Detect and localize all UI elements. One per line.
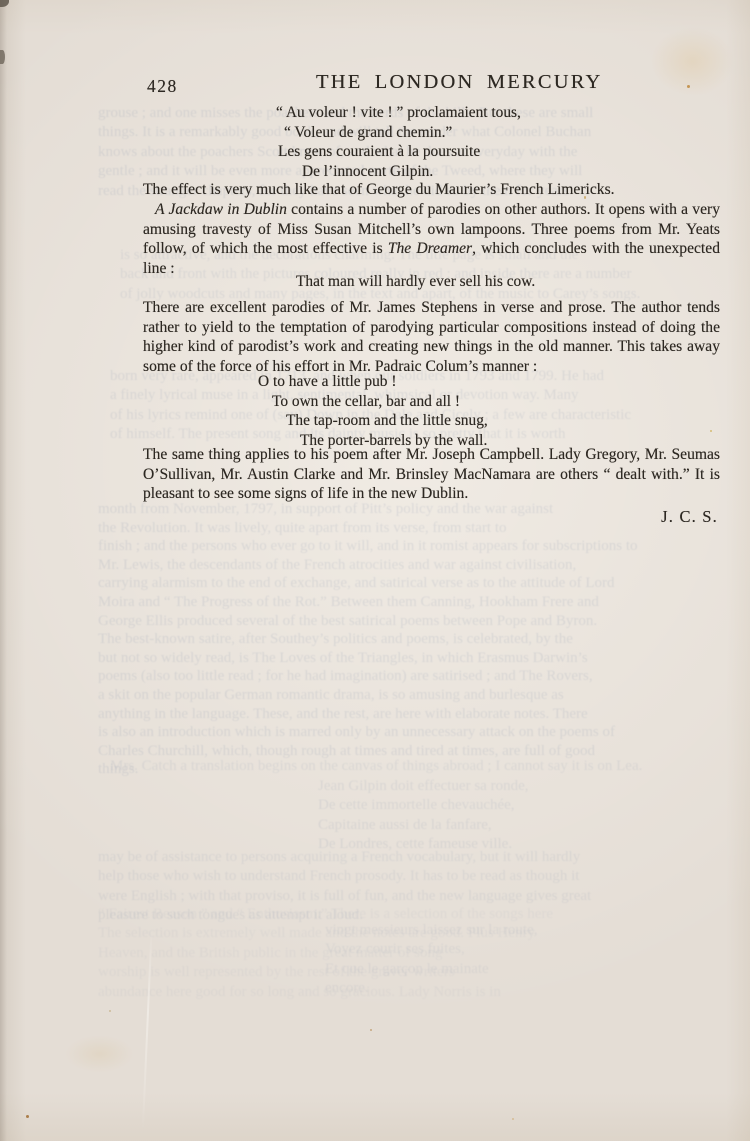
verse-line: The tap-room and the little snug, (286, 411, 488, 431)
scanned-page: grouse ; and one misses the poachers and… (0, 0, 750, 1141)
pub-verse: O to have a little pub ! To own the cell… (258, 372, 488, 450)
show-through-line: but not so widely read, is The Loves of … (98, 649, 722, 668)
show-through-line: may be of assistance to persons acquirin… (98, 848, 722, 867)
show-through-line: Moira and “ The Progress of the Rot.” Be… (98, 593, 722, 612)
show-through-line: Mr. Lewis, the descendants of the French… (98, 556, 722, 575)
show-through-line: carrying alarmism to the end of exchange… (98, 574, 722, 593)
show-through-line: a skit on the popular German romantic dr… (98, 686, 722, 705)
verse-line: De l’innocent Gilpin. (302, 162, 521, 182)
verse-line: “ Au voleur ! vite ! ” proclamaient tous… (276, 103, 521, 123)
verse-line: “ Voleur de grand chemin.” (284, 123, 521, 143)
show-through-line: the Revolution. It was lively, quite apa… (98, 519, 722, 538)
paragraph-effect: The effect is very much like that of Geo… (143, 180, 720, 200)
show-through-line: anything in the language. These, and the… (98, 705, 722, 724)
show-through-line: Mrs. Catch a translation begins on the c… (110, 757, 722, 776)
show-through-line: finish ; and the persons who ever go to … (98, 537, 722, 556)
reviewer-initials: J. C. S. (661, 507, 718, 527)
show-through-line: Voyez courir ses fuites, (325, 940, 560, 959)
show-through-line: help those who wish to understand French… (98, 867, 722, 886)
show-through-line: Capitaine aussi de la fanfare, (318, 816, 568, 835)
poem-title-italic: The Dreamer (388, 240, 472, 257)
journal-title: THE LONDON MERCURY (316, 71, 603, 94)
page-number: 428 (147, 76, 178, 97)
show-through-line: poems (also too little read ; for he had… (98, 667, 722, 686)
show-through-line: encore. (325, 979, 560, 998)
show-through-block: vingt messieurs laissez sur la route,Voy… (325, 921, 560, 999)
verse-line: O to have a little pub ! (258, 372, 488, 392)
show-through-block: Jean Gilpin doit effectuer sa ronde,De c… (318, 777, 568, 855)
show-through-line: De cette immortelle chevauchée, (318, 796, 568, 815)
book-title-italic: A Jackdaw in Dublin (155, 201, 287, 218)
show-through-line: Jean Gilpin doit effectuer sa ronde, (318, 777, 568, 796)
verse-line: Les gens couraient à la poursuite (278, 142, 521, 162)
quoted-line-cow: That man will hardly ever sell his cow. (296, 272, 535, 292)
paragraph-same-thing: The same thing applies to his poem after… (143, 445, 720, 504)
show-through-block: month from November, 1797, in support of… (98, 500, 722, 779)
show-through-line: Et que le garçon le mainate (325, 960, 560, 979)
verse-line: To own the cellar, bar and all ! (272, 392, 488, 412)
show-through-block: Mrs. Catch a translation begins on the c… (110, 757, 722, 776)
show-through-line: is also an introduction which is marred … (98, 723, 722, 742)
show-through-line: were English ; with that proviso, it is … (98, 887, 722, 906)
show-through-line: The best-known satire, after Southey’s p… (98, 630, 722, 649)
paragraph-jackdaw: A Jackdaw in Dublin contains a number of… (143, 200, 720, 278)
paragraph-stephens: There are excellent parodies of Mr. Jame… (143, 298, 720, 376)
show-through-line: George Ellis produced several of the bes… (98, 612, 722, 631)
show-through-line: vingt messieurs laissez sur la route, (325, 921, 560, 940)
french-quatrain: “ Au voleur ! vite ! ” proclamaient tous… (276, 103, 521, 181)
